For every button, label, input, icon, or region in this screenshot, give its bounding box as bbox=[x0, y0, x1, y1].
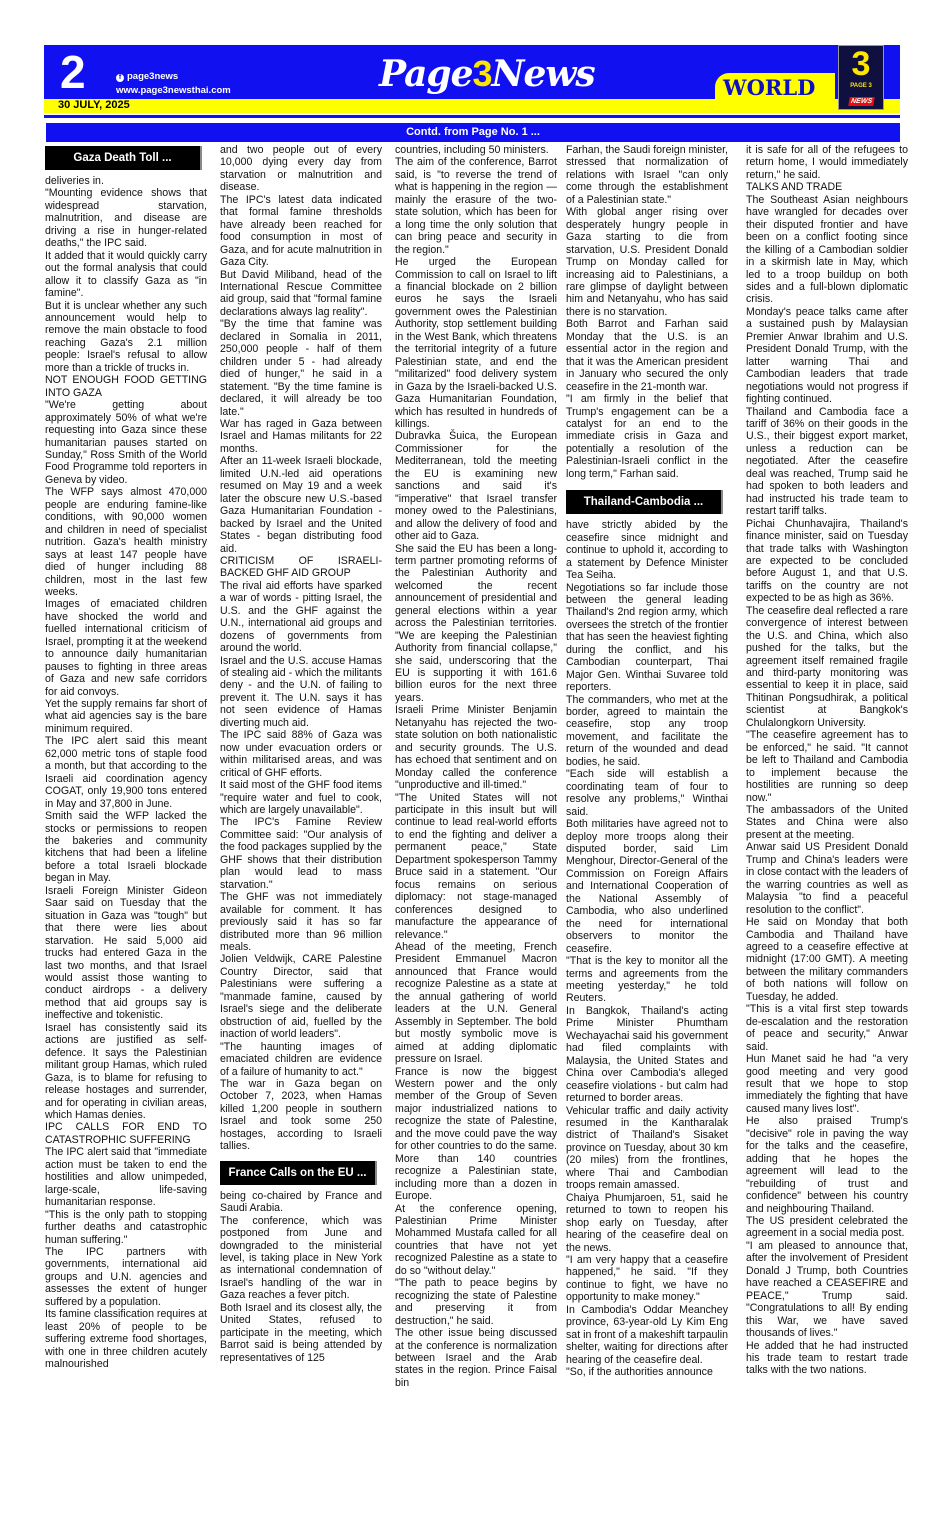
column-2: and two people out of every 10,000 dying… bbox=[220, 144, 382, 1364]
paragraph: Yet the supply remains far short of what… bbox=[45, 698, 207, 735]
paragraph: Israeli Foreign Minister Gideon Saar sai… bbox=[45, 885, 207, 1022]
paragraph: The US president celebrated the agreemen… bbox=[746, 1215, 908, 1240]
paragraph: But David Miliband, head of the Internat… bbox=[220, 269, 382, 319]
paragraph: Both Barrot and Farhan said Monday that … bbox=[566, 318, 728, 393]
paragraph: The ceasefire deal reflected a rare conv… bbox=[746, 605, 908, 730]
paragraph: The GHF was not immediately available fo… bbox=[220, 891, 382, 953]
paragraph: He urged the European Commission to call… bbox=[395, 256, 557, 430]
newspaper-logo: Page3News bbox=[379, 49, 595, 99]
paragraph: Anwar said US President Donald Trump and… bbox=[746, 841, 908, 916]
paragraph: Thailand and Cambodia face a tariff of 3… bbox=[746, 406, 908, 518]
paragraph: The IPC said 88% of Gaza was now under e… bbox=[220, 729, 382, 779]
facebook-icon: f bbox=[116, 74, 124, 82]
kicker-france: France Calls on the EU ... bbox=[220, 1161, 377, 1185]
paragraph: have strictly abided by the ceasefire si… bbox=[566, 519, 728, 581]
paragraph: The WFP says almost 470,000 people are e… bbox=[45, 486, 207, 598]
paragraph: She said the EU has been a long-term par… bbox=[395, 543, 557, 705]
paragraph: Smith said the WFP lacked the stocks or … bbox=[45, 810, 207, 885]
paragraph: TALKS AND TRADE bbox=[746, 181, 908, 193]
paragraph: countries, including 50 ministers. bbox=[395, 144, 557, 156]
section-tab: WORLD bbox=[715, 73, 835, 113]
paragraph: Both militaries have agreed not to deplo… bbox=[566, 818, 728, 955]
paragraph: The war in Gaza began on October 7, 2023… bbox=[220, 1078, 382, 1153]
badge-line1: PAGE 3 bbox=[839, 82, 883, 90]
paragraph: "The United States will not participate … bbox=[395, 792, 557, 941]
paragraph: "We're getting about approximately 50% o… bbox=[45, 399, 207, 486]
paragraph: He said on Monday that both Cambodia and… bbox=[746, 916, 908, 1003]
paragraph: With global anger rising over desperatel… bbox=[566, 206, 728, 318]
column-1: Gaza Death Toll ... deliveries in."Mount… bbox=[45, 144, 207, 1371]
paragraph: Jolien Veldwijk, CARE Palestine Country … bbox=[220, 953, 382, 1040]
paragraph: France is now the biggest Western power … bbox=[395, 1066, 557, 1203]
paragraph: "So, if the authorities announce bbox=[566, 1366, 728, 1378]
logo-left: Page bbox=[379, 53, 473, 95]
paragraph: Israeli Prime Minister Benjamin Netanyah… bbox=[395, 704, 557, 791]
paragraph: The other issue being discussed at the c… bbox=[395, 1327, 557, 1389]
paragraph: it is safe for all of the refugees to re… bbox=[746, 144, 908, 181]
paragraph: Its famine classification requires at le… bbox=[45, 1308, 207, 1370]
page-number: 2 bbox=[60, 47, 86, 97]
paragraph: being co-chaired by France and Saudi Ara… bbox=[220, 1190, 382, 1215]
paragraph: "I am firmly in the belief that Trump's … bbox=[566, 393, 728, 480]
paragraph: "The path to peace begins by recognizing… bbox=[395, 1277, 557, 1327]
paragraph: Images of emaciated children have shocke… bbox=[45, 598, 207, 698]
kicker-thailand: Thailand-Cambodia ... bbox=[566, 490, 723, 514]
paragraph: In Cambodia's Oddar Meanchey province, 6… bbox=[566, 1304, 728, 1366]
paragraph: Israel has consistently said its actions… bbox=[45, 1022, 207, 1122]
paragraph: It added that it would quickly carry out… bbox=[45, 250, 207, 300]
logo-right: News bbox=[492, 53, 595, 95]
paragraph: and two people out of every 10,000 dying… bbox=[220, 144, 382, 194]
france-col4-body: Farhan, the Saudi foreign minister, stre… bbox=[566, 144, 728, 480]
kicker-gaza: Gaza Death Toll ... bbox=[45, 146, 202, 170]
gaza-col2-body: and two people out of every 10,000 dying… bbox=[220, 144, 382, 1153]
paragraph: "I am very happy that a ceasefire happen… bbox=[566, 1254, 728, 1304]
badge-number: 3 bbox=[839, 46, 883, 82]
paragraph: He added that he had instructed his trad… bbox=[746, 1340, 908, 1377]
paragraph: It said most of the GHF food items "requ… bbox=[220, 779, 382, 816]
paragraph: The commanders, who met at the border, a… bbox=[566, 694, 728, 769]
column-4: Farhan, the Saudi foreign minister, stre… bbox=[566, 144, 728, 1379]
paragraph: The conference, which was postponed from… bbox=[220, 1215, 382, 1302]
section-label: WORLD bbox=[723, 75, 815, 100]
paragraph: "Mounting evidence shows that widespread… bbox=[45, 187, 207, 249]
paragraph: "I am pleased to announce that, after th… bbox=[746, 1240, 908, 1340]
column-5: it is safe for all of the refugees to re… bbox=[746, 144, 908, 1377]
paragraph: "This is the only path to stopping furth… bbox=[45, 1209, 207, 1246]
paragraph: At the conference opening, Palestinian P… bbox=[395, 1203, 557, 1278]
paragraph: Chaiya Phumjaroen, 51, said he returned … bbox=[566, 1192, 728, 1254]
paragraph: Dubravka Šuica, the European Commissione… bbox=[395, 430, 557, 542]
paragraph: "By the time that famine was declared in… bbox=[220, 318, 382, 418]
paragraph: But it is unclear whether any such annou… bbox=[45, 300, 207, 375]
paragraph: "This is a vital first step towards de-e… bbox=[746, 1003, 908, 1053]
paragraph: In Bangkok, Thailand's acting Prime Mini… bbox=[566, 1005, 728, 1105]
column-3: countries, including 50 ministers.The ai… bbox=[395, 144, 557, 1389]
paragraph: After an 11-week Israeli blockade, limit… bbox=[220, 455, 382, 555]
header-rule bbox=[44, 115, 900, 118]
social-links: fpage3news www.page3newsthai.com bbox=[116, 70, 231, 98]
paragraph: Farhan, the Saudi foreign minister, stre… bbox=[566, 144, 728, 206]
facebook-handle[interactable]: page3news bbox=[127, 71, 178, 82]
paragraph: The rival aid efforts have sparked a war… bbox=[220, 580, 382, 655]
gaza-col1-body: deliveries in."Mounting evidence shows t… bbox=[45, 175, 207, 1371]
logo-three: 3 bbox=[473, 53, 492, 94]
paragraph: The Southeast Asian neighbours have wran… bbox=[746, 194, 908, 306]
continued-banner: Contd. from Page No. 1 ... bbox=[46, 123, 900, 142]
issue-date: 30 JULY, 2025 bbox=[58, 98, 130, 113]
paragraph: "Each side will establish a coordinating… bbox=[566, 768, 728, 818]
paragraph: The IPC's latest data indicated that for… bbox=[220, 194, 382, 269]
paragraph: IPC CALLS FOR END TO CATASTROPHIC SUFFER… bbox=[45, 1121, 207, 1146]
paragraph: The ambassadors of the United States and… bbox=[746, 804, 908, 841]
thailand-col5-body: it is safe for all of the refugees to re… bbox=[746, 144, 908, 1377]
paragraph: Both Israel and its closest ally, the Un… bbox=[220, 1302, 382, 1364]
paragraph: "The ceasefire agreement has to be enfor… bbox=[746, 729, 908, 804]
paragraph: The IPC alert said that "immediate actio… bbox=[45, 1146, 207, 1208]
france-col3-body: countries, including 50 ministers.The ai… bbox=[395, 144, 557, 1389]
paragraph: The IPC alert said this meant 62,000 met… bbox=[45, 735, 207, 810]
paragraph: "That is the key to monitor all the term… bbox=[566, 955, 728, 1005]
paragraph: Monday's peace talks came after a sustai… bbox=[746, 306, 908, 406]
paragraph: The aim of the conference, Barrot said, … bbox=[395, 156, 557, 256]
paragraph: Ahead of the meeting, French President E… bbox=[395, 941, 557, 1066]
paragraph: War has raged in Gaza between Israel and… bbox=[220, 418, 382, 455]
paragraph: CRITICISM OF ISRAELI-BACKED GHF AID GROU… bbox=[220, 555, 382, 580]
page3-badge-logo: 3 PAGE 3 NEWS bbox=[838, 45, 884, 110]
paragraph: He also praised Trump's "decisive" role … bbox=[746, 1115, 908, 1215]
paragraph: NOT ENOUGH FOOD GETTING INTO GAZA bbox=[45, 374, 207, 399]
website-link[interactable]: www.page3newsthai.com bbox=[116, 84, 231, 98]
paragraph: Israel and the U.S. accuse Hamas of stea… bbox=[220, 655, 382, 730]
paragraph: The IPC's Famine Review Committee said: … bbox=[220, 816, 382, 891]
paragraph: Pichai Chunhavajira, Thailand's finance … bbox=[746, 518, 908, 605]
paragraph: Negotiations so far include those betwee… bbox=[566, 582, 728, 694]
paragraph: Hun Manet said he had "a very good meeti… bbox=[746, 1053, 908, 1115]
paragraph: deliveries in. bbox=[45, 175, 207, 187]
paragraph: Vehicular traffic and daily activity res… bbox=[566, 1105, 728, 1192]
france-col2-body: being co-chaired by France and Saudi Ara… bbox=[220, 1190, 382, 1364]
thailand-col4-body: have strictly abided by the ceasefire si… bbox=[566, 519, 728, 1378]
paragraph: The IPC partners with governments, inter… bbox=[45, 1246, 207, 1308]
badge-line2: NEWS bbox=[848, 97, 875, 106]
paragraph: "The haunting images of emaciated childr… bbox=[220, 1041, 382, 1078]
